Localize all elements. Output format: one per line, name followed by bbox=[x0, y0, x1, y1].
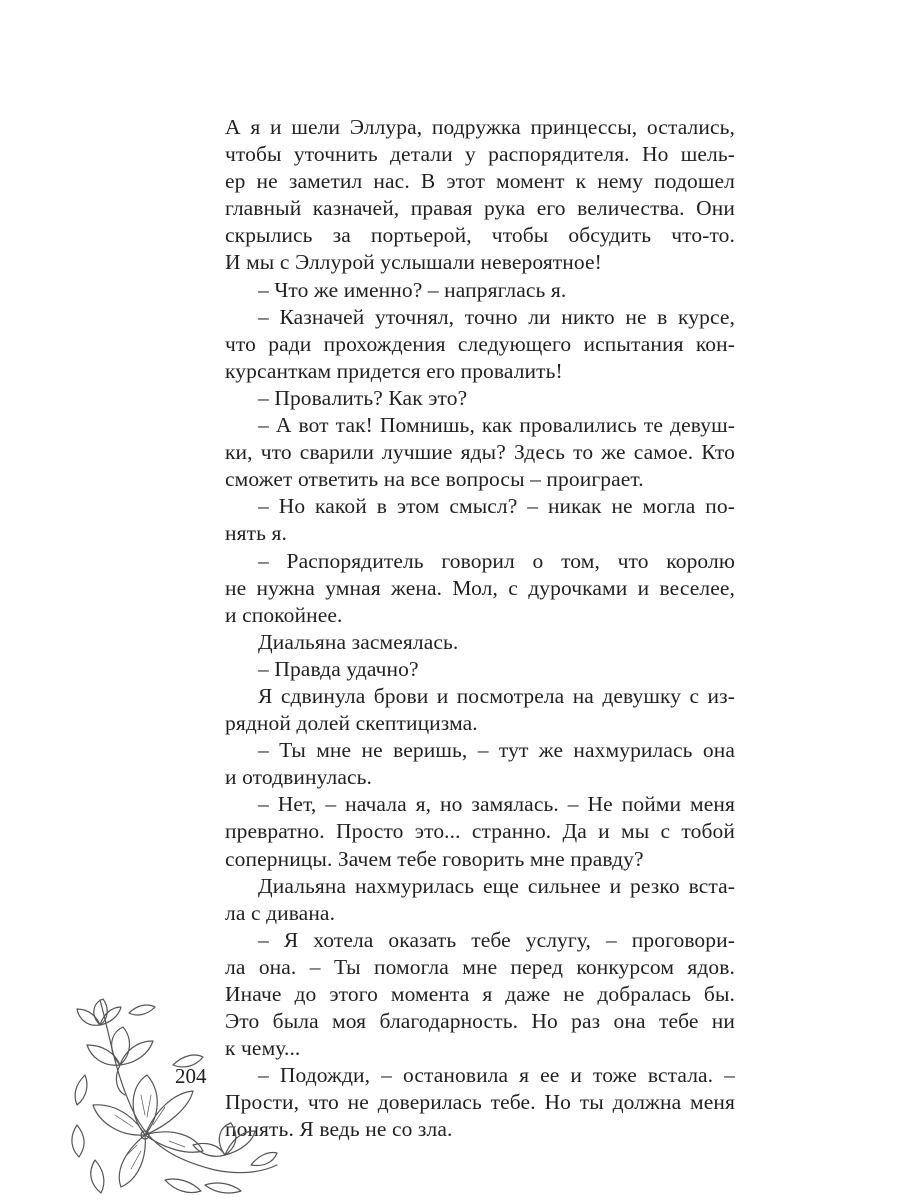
text-line: Прости, что не доверилась тебе. Но ты до… bbox=[225, 1089, 735, 1116]
text-line: нять я. bbox=[225, 520, 735, 547]
text-line: главный казначей, правая рука его величе… bbox=[225, 195, 735, 222]
text-line: превратно. Просто это... странно. Да и м… bbox=[225, 818, 735, 845]
text-line: – Нет, – начала я, но замялась. – Не пой… bbox=[225, 791, 735, 818]
text-line: сможет ответить на все вопросы – проигра… bbox=[225, 466, 735, 493]
text-line: – Я хотела оказать тебе услугу, – прогов… bbox=[225, 927, 735, 954]
text-line: Это была моя благодарность. Но раз она т… bbox=[225, 1008, 735, 1035]
text-line: – Что же именно? – напряглась я. bbox=[225, 277, 735, 304]
text-line: – Правда удачно? bbox=[225, 656, 735, 683]
text-line: курсанткам придется его провалить! bbox=[225, 358, 735, 385]
text-line: чтобы уточнить детали у распорядителя. Н… bbox=[225, 141, 735, 168]
text-line: ки, что сварили лучшие яды? Здесь то же … bbox=[225, 439, 735, 466]
floral-corner-ornament-icon bbox=[65, 995, 280, 1200]
text-line: И мы с Эллурой услышали невероятное! bbox=[225, 249, 735, 276]
text-line: – Но какой в этом смысл? – никак не могл… bbox=[225, 493, 735, 520]
text-line: не нужна умная жена. Мол, с дурочками и … bbox=[225, 575, 735, 602]
text-line: и спокойнее. bbox=[225, 602, 735, 629]
text-line: ла с дивана. bbox=[225, 900, 735, 927]
body-text: А я и шели Эллура, подружка принцессы, о… bbox=[225, 114, 735, 1144]
text-line: соперницы. Зачем тебе говорить мне правд… bbox=[225, 846, 735, 873]
text-line: ла она. – Ты помогла мне перед конкурсом… bbox=[225, 954, 735, 981]
text-line: и отодвинулась. bbox=[225, 764, 735, 791]
text-line: понять. Я ведь не со зла. bbox=[225, 1116, 735, 1143]
text-line: – Провалить? Как это? bbox=[225, 385, 735, 412]
text-line: Диальяна нахмурилась еще сильнее и резко… bbox=[225, 873, 735, 900]
text-line: – Казначей уточнял, точно ли никто не в … bbox=[225, 304, 735, 331]
text-line: Иначе до этого момента я даже не добрала… bbox=[225, 981, 735, 1008]
book-page: А я и шели Эллура, подружка принцессы, о… bbox=[0, 0, 900, 1200]
text-line: что ради прохождения следующего испытани… bbox=[225, 331, 735, 358]
text-line: к чему... bbox=[225, 1035, 735, 1062]
text-line: А я и шели Эллура, подружка принцессы, о… bbox=[225, 114, 735, 141]
text-line: рядной долей скептицизма. bbox=[225, 710, 735, 737]
text-line: – А вот так! Помнишь, как провалились те… bbox=[225, 412, 735, 439]
text-line: скрылись за портьерой, чтобы обсудить чт… bbox=[225, 222, 735, 249]
text-line: Диальяна засмеялась. bbox=[225, 629, 735, 656]
text-line: – Распорядитель говорил о том, что корол… bbox=[225, 548, 735, 575]
text-line: – Ты мне не веришь, – тут же нахмурилась… bbox=[225, 737, 735, 764]
text-line: Я сдвинула брови и посмотрела на девушку… bbox=[225, 683, 735, 710]
text-line: ер не заметил нас. В этот момент к нему … bbox=[225, 168, 735, 195]
text-line: – Подожди, – остановила я ее и тоже вста… bbox=[225, 1062, 735, 1089]
